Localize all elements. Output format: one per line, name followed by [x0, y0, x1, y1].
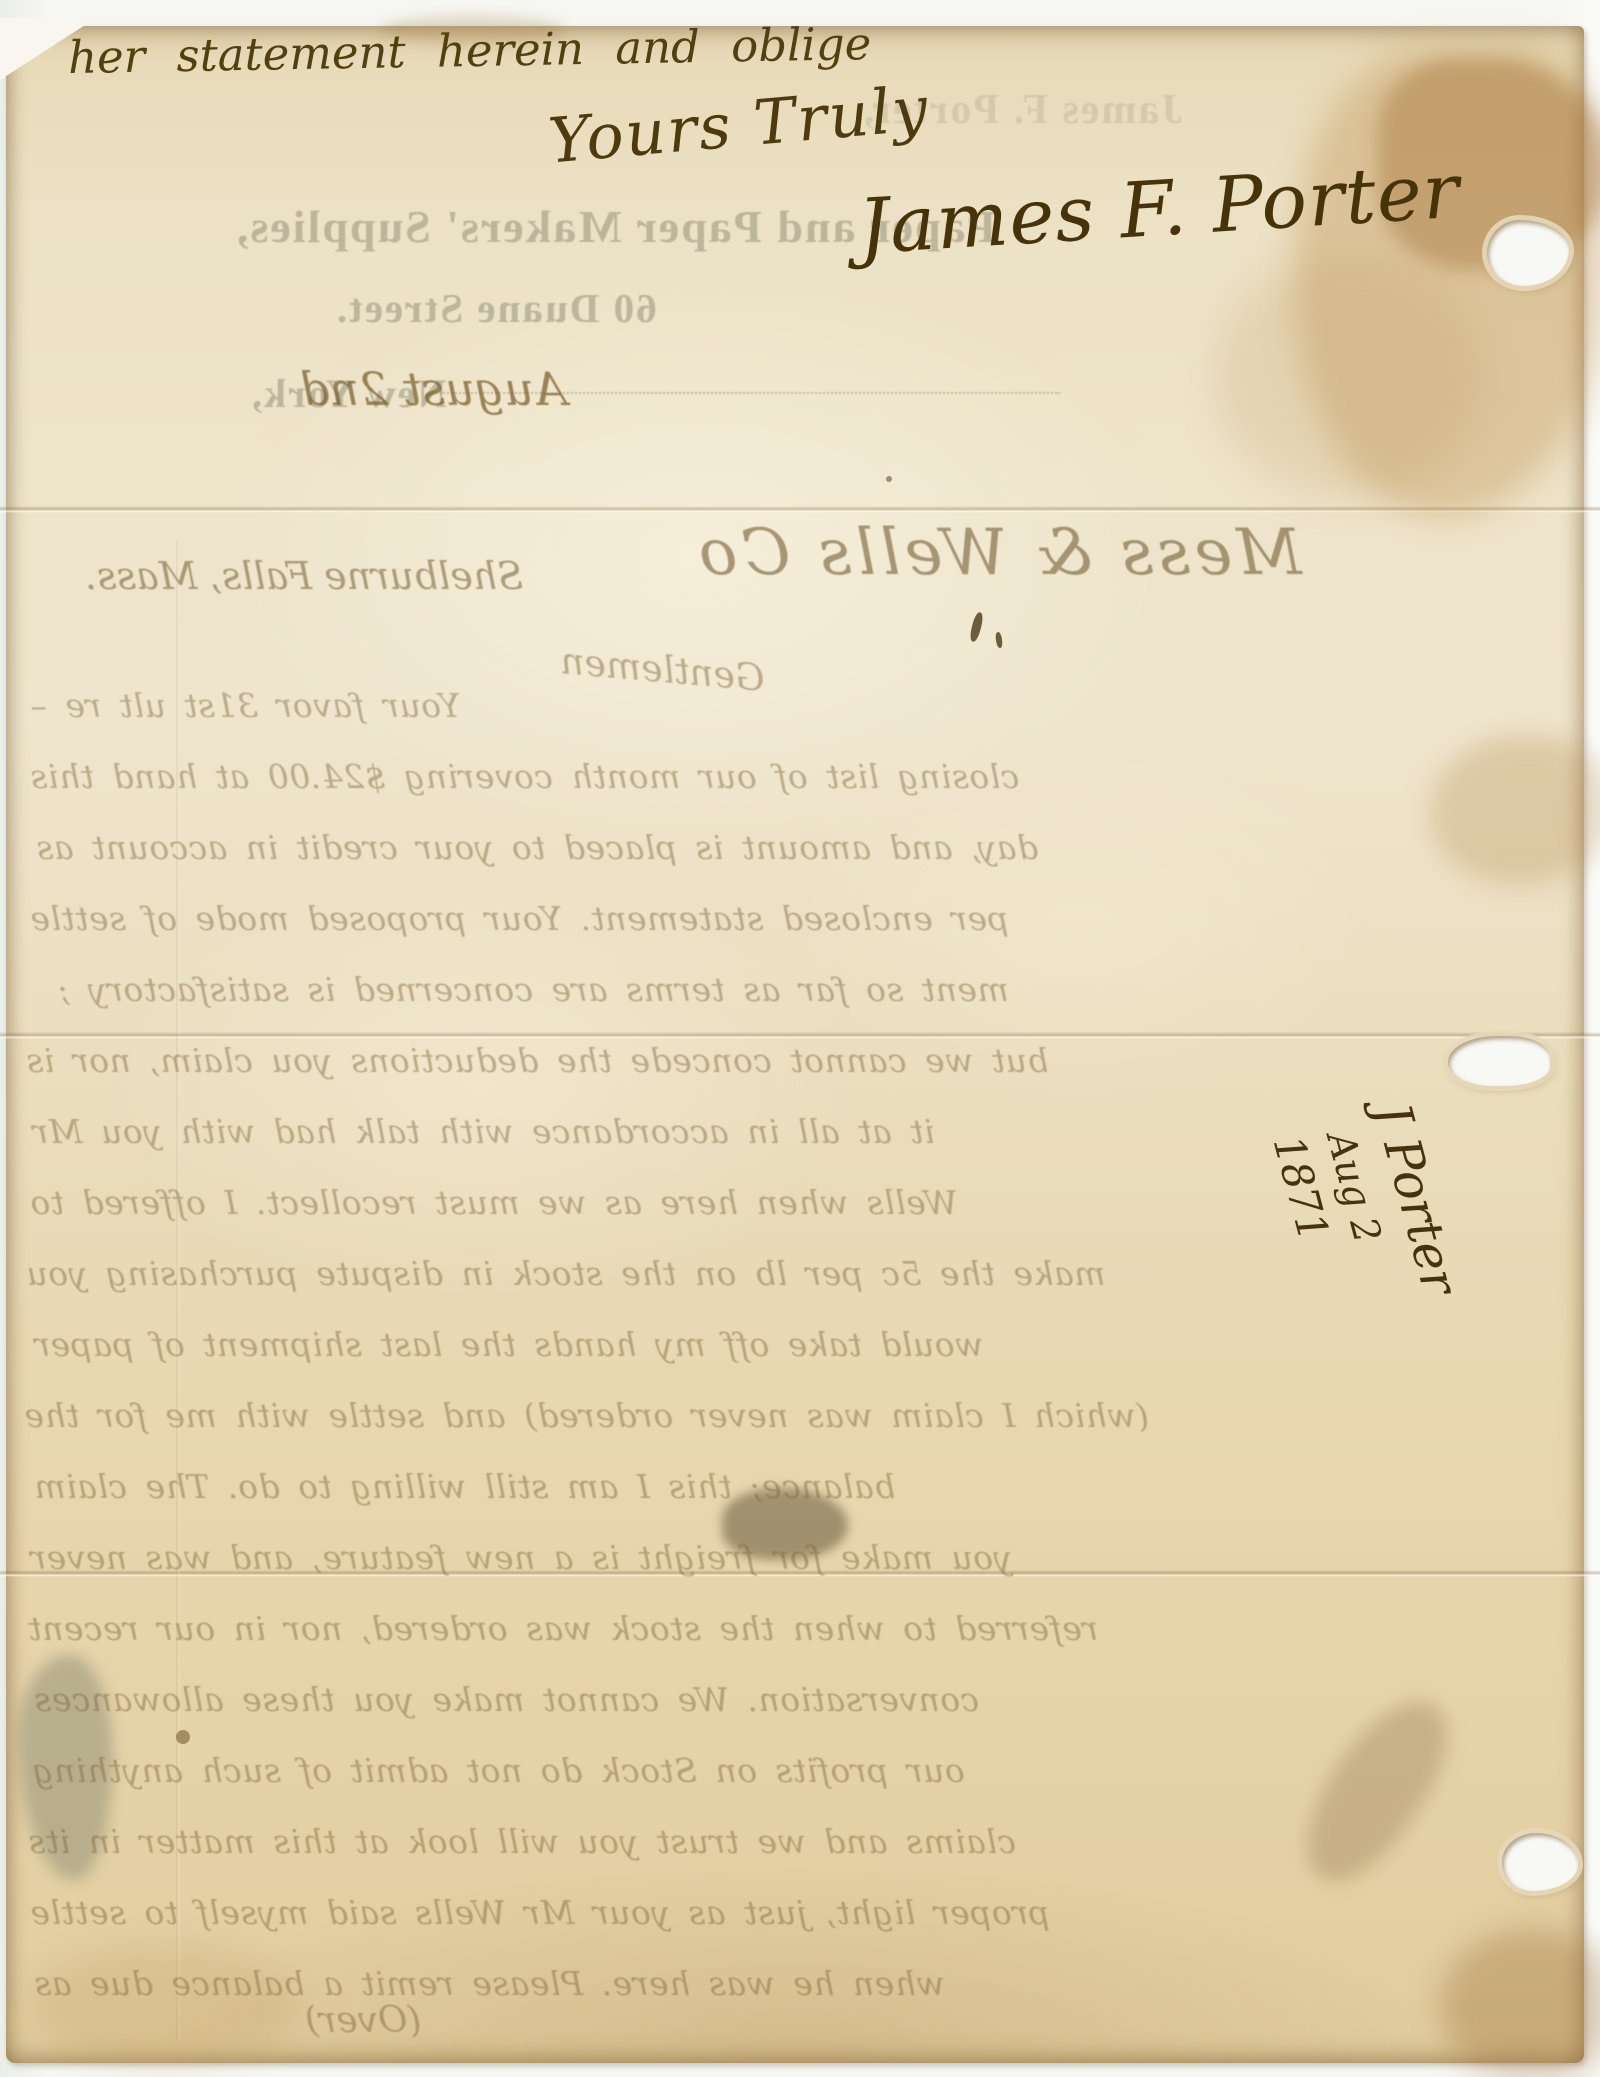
bleed-body-line: conversation. We cannot make you these a… [34, 1680, 979, 1719]
bleed-body-line: our profits on Stock do not admit of suc… [32, 1751, 965, 1790]
ink-speck [176, 1730, 190, 1744]
bleed-body-line: Your favor 31st ult re – [30, 686, 461, 725]
ghost-salutation: Gentlemen [559, 639, 767, 700]
ghost-over-note: (Over) [305, 2000, 421, 2041]
bleed-body-line: Wells when here as we must recollect. I … [30, 1183, 958, 1222]
bleed-body-line: it at all in accordance with talk had wi… [32, 1112, 935, 1151]
bleed-body-line: make the 5c per lb on the stock in dispu… [26, 1254, 1106, 1293]
bleed-body-line: closing list of our month covering $24.0… [30, 757, 1019, 796]
bleed-body-line: proper light, just as your Mr Wells said… [30, 1893, 1050, 1932]
bleed-body-line: you make for freight is a new feature, a… [30, 1538, 1012, 1577]
bleed-body-line: when he was here. Please remit a balance… [34, 1964, 945, 2003]
bleed-body-line: referred to when the stock was ordered, … [28, 1609, 1098, 1648]
ghost-letterhead-street: 60 Duane Street. [335, 284, 657, 332]
bleed-body-line: claims and we trust you will look at thi… [28, 1822, 1016, 1861]
bleed-body-line: day, and amount is placed to your credit… [36, 828, 1038, 867]
bleed-body-line: but we cannot concede the deductions you… [26, 1041, 1049, 1080]
ink-speck [886, 476, 892, 482]
bleed-through-layer: James F. Porter, Paper and Paper Makers'… [0, 0, 1600, 2077]
bleed-body-line: (which I claim was never ordered) and se… [24, 1396, 1149, 1435]
bleed-body-line: per enclosed statement. Your proposed mo… [30, 899, 1009, 938]
ghost-recipient-address: Shelburne Falls, Mass. [85, 554, 523, 598]
bleed-body-line: ment so far as terms are concerned is sa… [58, 970, 1009, 1009]
ghost-recipient: Mess & Wells Co [695, 516, 1302, 590]
bleed-body-line: balance; this I am still willing to do. … [34, 1467, 895, 1506]
scanned-letter-page: James F. Porter, Paper and Paper Makers'… [0, 0, 1600, 2077]
bleed-body-line: would take off my hands the last shipmen… [34, 1325, 983, 1364]
ghost-date-line: August 2nd [300, 362, 567, 416]
